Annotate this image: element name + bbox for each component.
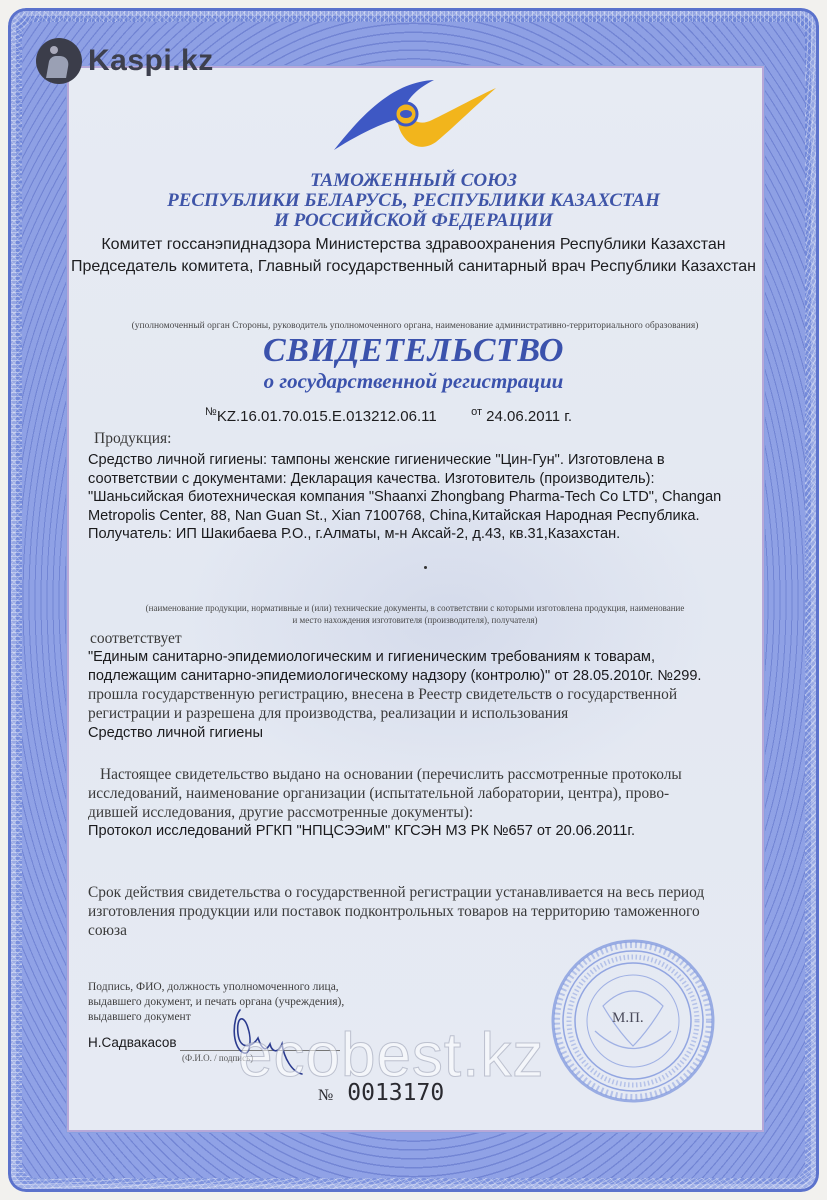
basis-line: Настоящее свидетельство выдано на основа… bbox=[100, 766, 750, 785]
product-description: Средство личной гигиены: тампоны женские… bbox=[88, 451, 748, 544]
product-caption-line2: и место нахождения изготовителя (произво… bbox=[90, 615, 740, 625]
signature-caption-line: Подпись, ФИО, должность уполномоченного … bbox=[88, 980, 388, 995]
registration-date: 24.06.2011 г. bbox=[486, 408, 572, 425]
registration-statement: прошла государственную регистрацию, внес… bbox=[88, 686, 748, 724]
certificate-subtitle: о государственной регистрации bbox=[67, 369, 760, 394]
product-line: Средство личной гигиены: тампоны женские… bbox=[88, 451, 748, 470]
protocol-text: Протокол исследований РГКП "НПЦСЭЭиМ" КГ… bbox=[88, 822, 748, 841]
certificate-title: СВИДЕТЕЛЬСТВО bbox=[67, 332, 760, 370]
customs-union-emblem-icon bbox=[324, 72, 504, 162]
registration-number: KZ.16.01.70.015.Е.013212.06.11 bbox=[217, 408, 437, 425]
product-caption-line1: (наименование продукции, нормативные и (… bbox=[90, 603, 740, 613]
kaspi-brand-text: Kaspi.kz bbox=[88, 44, 214, 78]
product-line: соответствии с документами: Декларация к… bbox=[88, 470, 748, 489]
authority-line1: Комитет госсанэпиднадзора Министерства з… bbox=[67, 236, 760, 254]
requirement-line: "Единым санитарно-эпидемиологическим и г… bbox=[88, 648, 748, 667]
stamp-placeholder-label: М.П. bbox=[612, 1010, 644, 1027]
number-prefix: № bbox=[205, 406, 217, 418]
registration-number-line: №KZ.16.01.70.015.Е.013212.06.11 от 24.06… bbox=[205, 406, 572, 425]
serial-prefix: № bbox=[318, 1087, 333, 1104]
registration-statement-line: регистрации и разрешена для производства… bbox=[88, 705, 748, 724]
validity-text: Срок действия свидетельства о государств… bbox=[88, 884, 748, 940]
requirement-text: "Единым санитарно-эпидемиологическим и г… bbox=[88, 648, 748, 685]
basis-text: Настоящее свидетельство выдано на основа… bbox=[100, 766, 750, 822]
kaspi-watermark: Kaspi.kz bbox=[36, 38, 214, 84]
usage-text: Средство личной гигиены bbox=[88, 724, 748, 743]
product-label: Продукция: bbox=[94, 430, 171, 448]
registration-statement-line: прошла государственную регистрацию, внес… bbox=[88, 686, 748, 705]
kaspi-logo-icon bbox=[36, 38, 82, 84]
validity-line: изготовления продукции или поставок подк… bbox=[88, 903, 748, 922]
union-title-line1: ТАМОЖЕННЫЙ СОЮЗ bbox=[67, 170, 760, 192]
product-line: "Шаньсийская биотехническая компания "Sh… bbox=[88, 488, 748, 507]
validity-line: Срок действия свидетельства о государств… bbox=[88, 884, 748, 903]
requirement-line: подлежащим санитарно-эпидемиологическому… bbox=[88, 667, 748, 686]
authority-line2: Председатель комитета, Главный государст… bbox=[67, 258, 760, 276]
product-line: Получатель: ИП Шакибаева Р.О., г.Алматы,… bbox=[88, 525, 748, 544]
serial-number: №0013170 bbox=[318, 1080, 444, 1106]
union-title-line2: РЕСПУБЛИКИ БЕЛАРУСЬ, РЕСПУБЛИКИ КАЗАХСТА… bbox=[67, 190, 760, 212]
union-title-line3: И РОССИЙСКОЙ ФЕДЕРАЦИИ bbox=[67, 210, 760, 232]
speck bbox=[424, 566, 427, 569]
serial-value: 0013170 bbox=[347, 1080, 444, 1106]
product-line: Metropolis Center, 88, Nan Guan St., Xia… bbox=[88, 507, 748, 526]
authority-caption: (уполномоченный орган Стороны, руководит… bbox=[90, 321, 740, 331]
date-prefix: от bbox=[471, 406, 482, 418]
basis-line: дившей исследования, другие рассмотренны… bbox=[88, 804, 750, 823]
compliance-label: соответствует bbox=[90, 630, 182, 648]
basis-line: исследований, наименование организации (… bbox=[88, 785, 750, 804]
signer-name: Н.Садвакасов bbox=[88, 1035, 177, 1050]
